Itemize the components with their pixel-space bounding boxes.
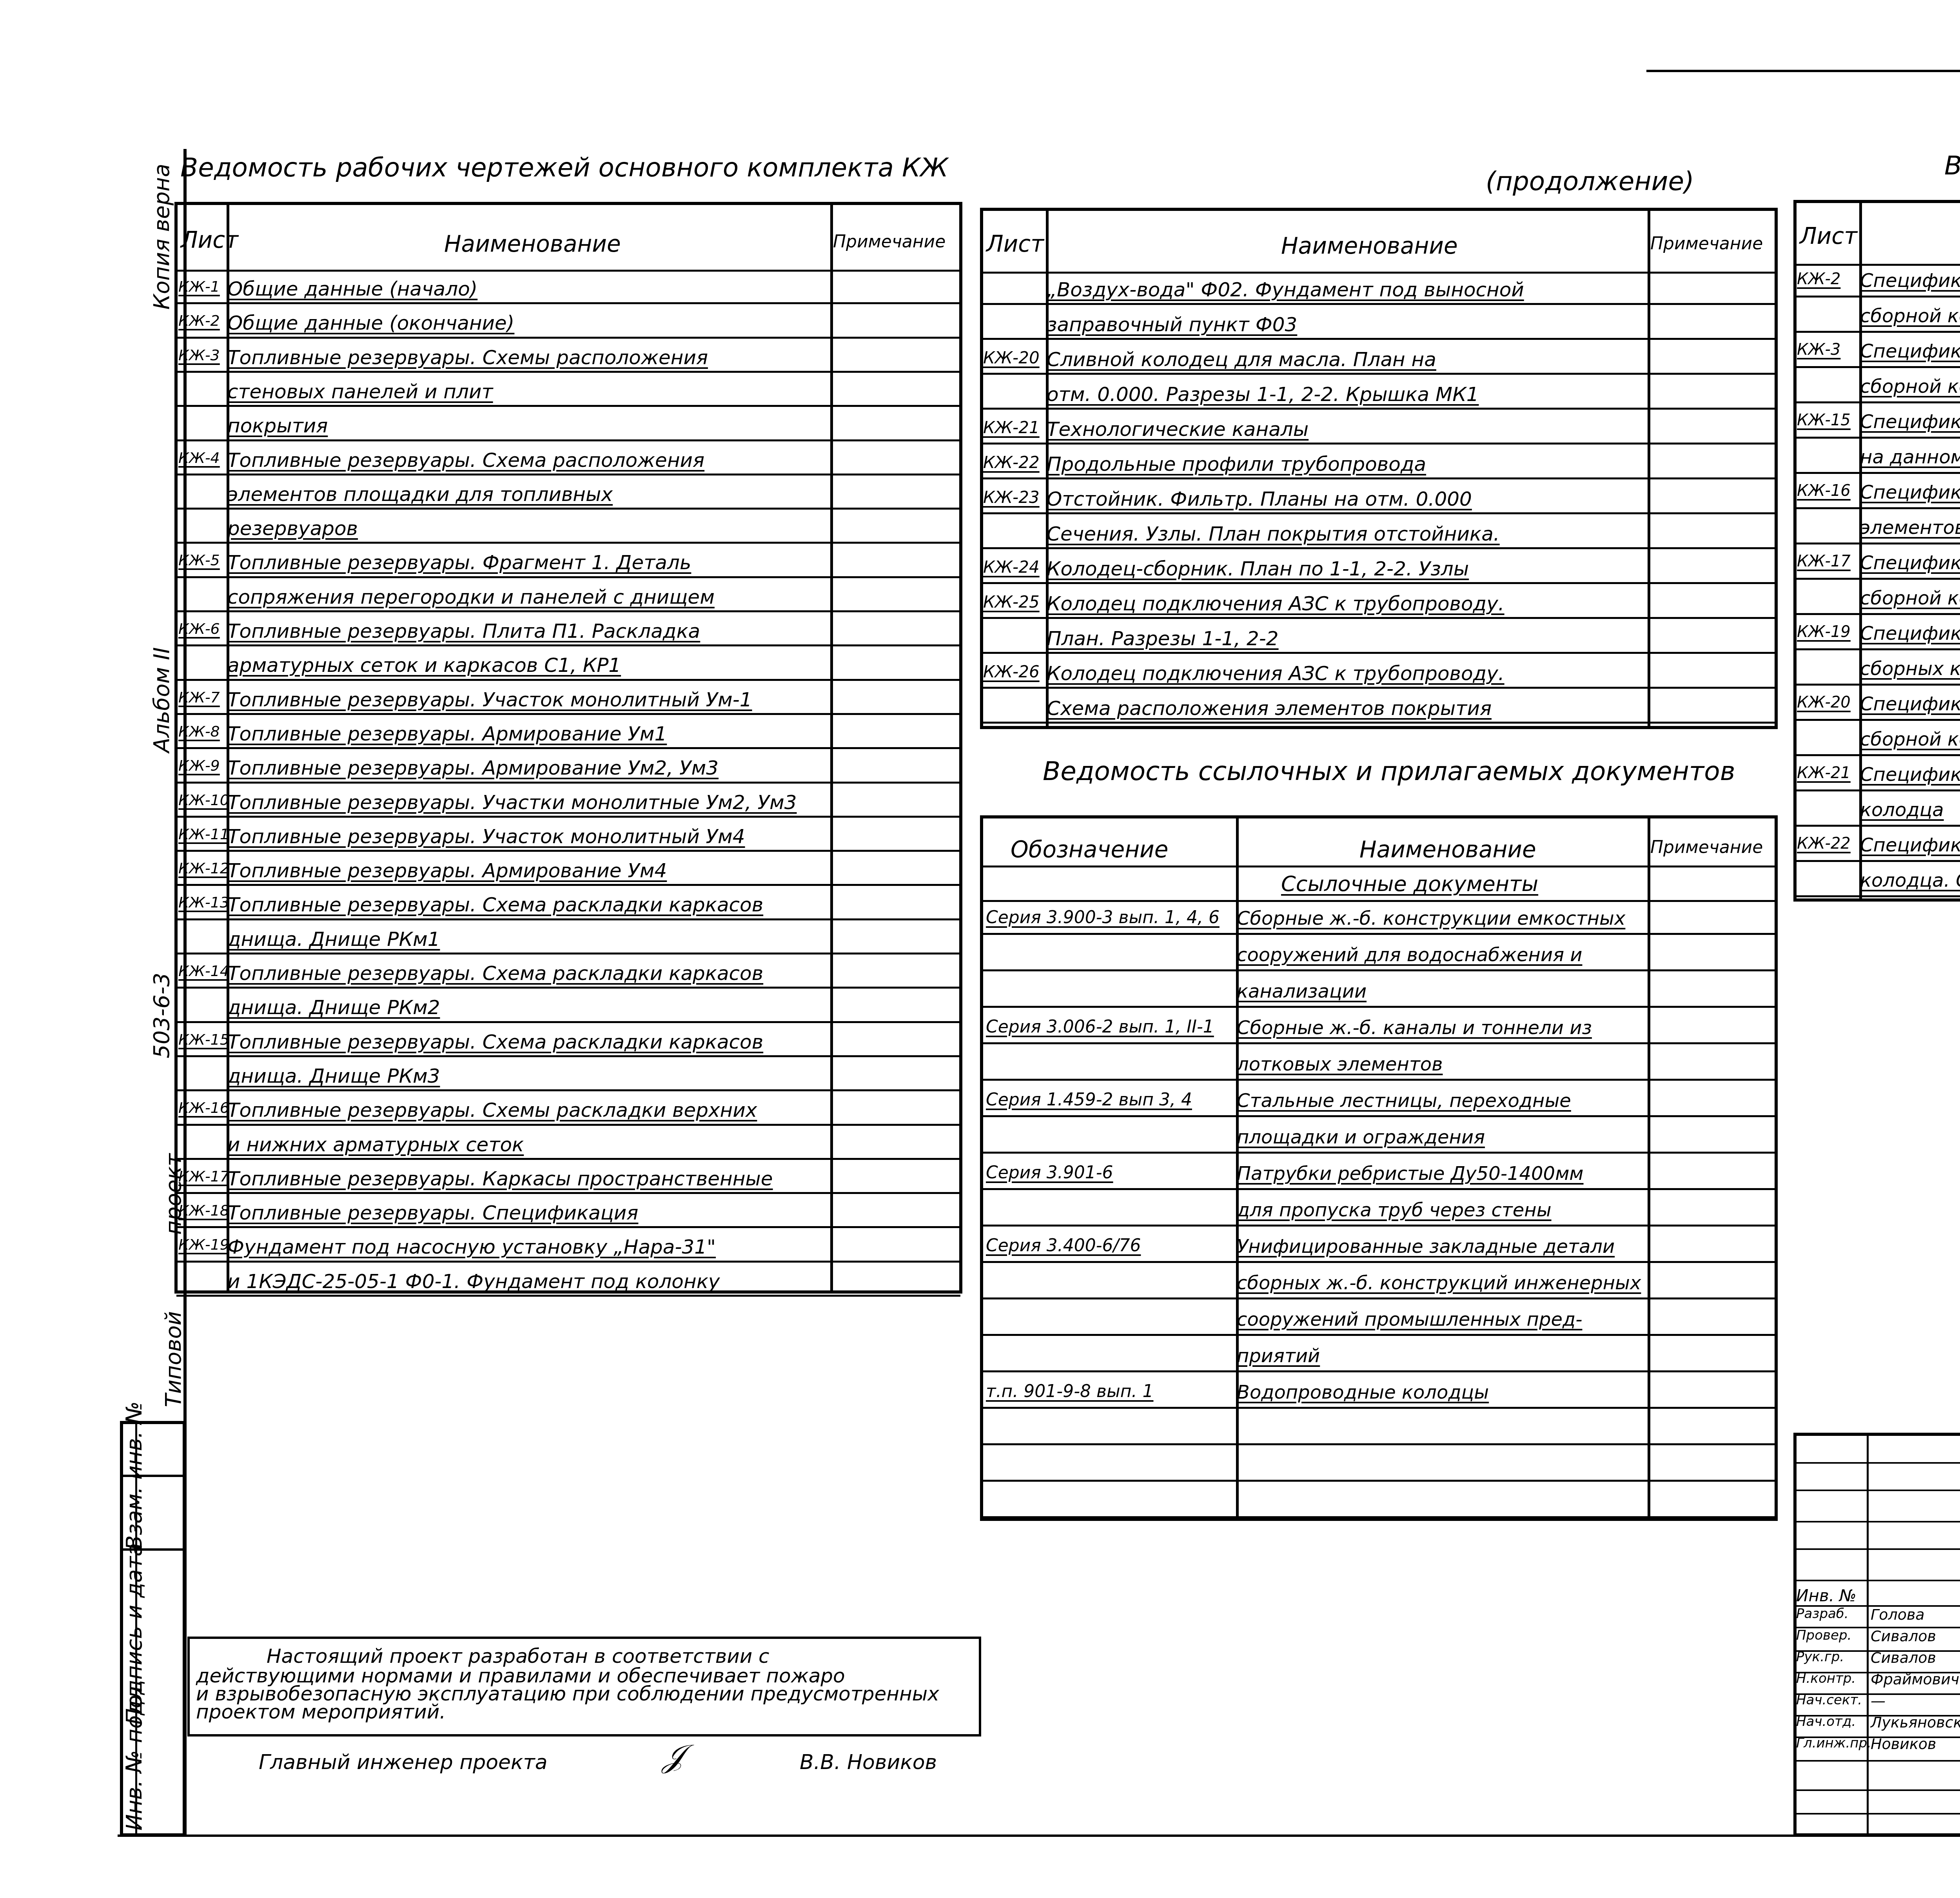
row-line	[176, 1055, 960, 1057]
row-name: колодца. Схемы 1, 2	[1860, 871, 1960, 890]
row-sheet: КЖ-19	[178, 1237, 229, 1252]
row-line	[982, 1407, 1776, 1409]
row-line	[982, 1042, 1776, 1044]
row-name: Сборные ж.-б. каналы и тоннели из	[1237, 1018, 1592, 1037]
tb-row-line	[1793, 1548, 1960, 1550]
header-name: Наименование	[1281, 234, 1458, 257]
row-line	[176, 816, 960, 818]
row-line	[982, 969, 1776, 971]
row-name: сборных ж.-б. конструкций инженерных	[1237, 1274, 1641, 1292]
row-name: Спецификация к схемам элементов располож…	[1860, 412, 1960, 431]
staff-role: Н.контр.	[1796, 1672, 1856, 1685]
row-line	[1795, 754, 1960, 756]
row-name: Топливные резервуары. Участок монолитный…	[227, 827, 745, 846]
row-line	[1795, 578, 1960, 580]
row-line	[176, 987, 960, 989]
row-name: Топливные резервуары. Схема раскладки ка…	[227, 895, 763, 915]
staff-name: Сивалов	[1871, 1650, 1936, 1665]
row-line	[1795, 719, 1960, 721]
row-name: сборной конструкции. Схемы 1, 2, 3	[1860, 589, 1960, 608]
staff-role: Рук.гр.	[1796, 1650, 1844, 1664]
row-name: канализации	[1237, 982, 1367, 1001]
row-name: Спецификация к схемам расположения	[1860, 483, 1960, 502]
row-name: приятий	[1237, 1346, 1320, 1365]
row-name: Общие данные (начало)	[227, 279, 477, 299]
row-line	[1795, 860, 1960, 862]
row-line	[1795, 648, 1960, 650]
row-name: и 1КЭДС-25-05-1 Ф0-1. Фундамент под коло…	[227, 1272, 720, 1291]
row-name: Фундамент под насосную установку „Нара-3…	[227, 1237, 716, 1257]
row-name: сборной конструкции	[1860, 730, 1960, 749]
row-name: резервуаров	[227, 519, 358, 538]
row-line	[176, 1124, 960, 1126]
row-line	[982, 1334, 1776, 1336]
row-name: Технологические каналы	[1047, 419, 1308, 439]
row-sheet: КЖ-12	[178, 861, 229, 876]
signature-mark: 𝒥	[662, 1740, 684, 1772]
row-designation: Серия 3.901-6	[986, 1164, 1113, 1181]
row-sheet: КЖ-23	[983, 489, 1040, 506]
row-name: покрытия	[227, 416, 328, 435]
row-sheet: КЖ-4	[178, 450, 220, 465]
row-line	[176, 610, 960, 612]
top-border-line	[1646, 70, 1960, 72]
row-name: Спецификация к схеме расположения элемен…	[1860, 765, 1960, 784]
row-name: днища. Днище РКм2	[227, 998, 440, 1017]
row-line	[1795, 684, 1960, 686]
row-designation: Серия 3.900-3 вып. 1, 4, 6	[986, 909, 1220, 926]
staff-name: Сивалов	[1871, 1629, 1936, 1644]
row-sheet: КЖ-7	[178, 690, 220, 705]
row-line	[176, 405, 960, 407]
row-sheet: КЖ-15	[178, 1032, 229, 1047]
row-line	[982, 443, 1776, 445]
row-line	[176, 302, 960, 304]
staff-name: Фраймович	[1871, 1672, 1959, 1687]
margin-album: Альбом II	[149, 647, 174, 753]
row-line	[176, 337, 960, 339]
row-line	[176, 713, 960, 715]
header-note: Примечание	[1650, 235, 1763, 252]
row-line	[982, 1225, 1776, 1227]
row-name: для пропуска труб через стены	[1237, 1201, 1552, 1219]
staff-name: Лукьяновский	[1871, 1715, 1960, 1730]
row-sheet: КЖ-3	[1797, 342, 1840, 357]
row-line	[982, 1188, 1776, 1190]
signer-name: В.В. Новиков	[800, 1752, 937, 1773]
margin-stamp-replaces: Взам. инв. №	[122, 1401, 147, 1550]
row-line	[982, 1115, 1776, 1117]
row-name: Топливные резервуары. Плита П1. Раскладк…	[227, 621, 700, 641]
row-name: Сечения. Узлы. План покрытия отстойника.	[1047, 524, 1500, 544]
header-sheet: Лист	[1800, 225, 1857, 247]
row-name: днища. Днище РКм1	[227, 929, 440, 949]
row-line	[1795, 401, 1960, 403]
drawings-list-title: Ведомость рабочих чертежей основного ком…	[180, 155, 948, 181]
row-name: Спецификация к схеме расположения элемен…	[1860, 342, 1960, 361]
row-line	[982, 373, 1776, 375]
tb-row-line	[1793, 1580, 1960, 1581]
row-sheet: КЖ-18	[178, 1203, 229, 1218]
tb-row-line	[1793, 1760, 1960, 1762]
inv-label: Инв. №	[1796, 1588, 1857, 1604]
row-sheet: КЖ-16	[1797, 483, 1851, 499]
row-name: Топливные резервуары. Схемы расположения	[227, 348, 708, 367]
row-line	[982, 303, 1776, 305]
row-sheet: КЖ-15	[1797, 412, 1851, 428]
row-line	[176, 371, 960, 373]
tb-row-line	[1793, 1490, 1960, 1491]
staff-name: Голова	[1871, 1607, 1925, 1622]
row-name: на данном листе	[1860, 448, 1960, 466]
staff-role: Нач.сект.	[1796, 1693, 1862, 1707]
row-name: Колодец-сборник. План по 1-1, 2-2. Узлы	[1047, 559, 1469, 579]
row-name: и нижних арматурных сеток	[227, 1135, 524, 1154]
row-sheet: КЖ-1	[178, 279, 220, 294]
row-name: Топливные резервуары. Участок монолитный…	[227, 690, 752, 709]
row-name: Топливные резервуары. Схема расположения	[227, 450, 704, 470]
row-sheet: КЖ-16	[178, 1100, 229, 1115]
row-name: Топливные резервуары. Армирование Ум2, У…	[227, 758, 719, 778]
tb-row-line	[1793, 1521, 1960, 1522]
row-line	[982, 582, 1776, 584]
row-line	[1795, 366, 1960, 368]
row-line	[176, 542, 960, 544]
row-sheet: КЖ-10	[178, 793, 229, 807]
row-line	[176, 474, 960, 475]
row-name: Спецификация к схемам расположения элеме…	[1860, 695, 1960, 713]
row-line	[982, 687, 1776, 689]
row-line	[982, 1006, 1776, 1008]
margin-stamp-signature: Подпись и дата	[122, 1543, 147, 1725]
row-line	[982, 512, 1776, 514]
tb-row-line	[1793, 1813, 1960, 1815]
staff-role: Провер.	[1796, 1629, 1851, 1642]
row-name: лотковых элементов	[1237, 1055, 1443, 1074]
header-note: Примечание	[833, 233, 946, 250]
row-name: План. Разрезы 1-1, 2-2	[1047, 629, 1279, 648]
staff-role: Гл.инж.пр.	[1796, 1737, 1871, 1750]
row-designation: Серия 3.006-2 вып. 1, II-1	[986, 1018, 1214, 1036]
row-name: Топливные резервуары. Участки монолитные…	[227, 793, 797, 812]
row-sheet: КЖ-2	[178, 313, 220, 328]
row-name: отм. 0.000. Разрезы 1-1, 2-2. Крышка МК1	[1047, 385, 1479, 404]
row-line	[982, 547, 1776, 549]
bottom-border-line	[118, 1834, 1960, 1837]
spec-list-title: Ведомость спецификации	[1944, 153, 1960, 179]
col-divider-note	[1648, 818, 1650, 1518]
row-sheet: КЖ-22	[1797, 836, 1851, 851]
row-name: Общие данные (окончание)	[227, 313, 514, 333]
row-name: Схема расположения элементов покрытия	[1047, 699, 1492, 718]
header-name: Наименование	[444, 232, 621, 255]
row-line	[176, 508, 960, 510]
row-name: Спецификация к схемам расположения элеме…	[1860, 553, 1960, 572]
staff-role: Разраб.	[1796, 1607, 1849, 1620]
row-line	[982, 338, 1776, 340]
row-line	[1795, 789, 1960, 791]
row-sheet: КЖ-25	[983, 594, 1040, 610]
row-name: Спецификация к схемам расположения элеме…	[1860, 624, 1960, 643]
row-sheet: КЖ-24	[983, 559, 1040, 575]
row-name: сопряжения перегородки и панелей с днище…	[227, 587, 715, 607]
row-line	[176, 782, 960, 784]
row-name: Спецификация к схеме расположения элемен…	[1860, 836, 1960, 855]
row-sheet: КЖ-11	[178, 827, 229, 842]
row-sheet: КЖ-6	[178, 621, 220, 636]
margin-typical: Типовой	[161, 1311, 186, 1407]
row-name: Топливные резервуары. Схема раскладки ка…	[227, 964, 763, 983]
row-line	[982, 1261, 1776, 1263]
row-line	[176, 1192, 960, 1194]
row-name: стеновых панелей и плит	[227, 382, 493, 401]
col-divider-note	[1648, 211, 1650, 726]
row-name: „Воздух-вода" Ф02. Фундамент под выносно…	[1047, 280, 1524, 299]
row-line	[1795, 472, 1960, 474]
row-name: сборной конструкции. Схема 3	[1860, 377, 1960, 396]
row-name: сборных конструкций	[1860, 659, 1960, 678]
row-name: Колодец подключения АЗС к трубопроводу.	[1047, 594, 1504, 613]
row-line	[1795, 507, 1960, 509]
row-name: Топливные резервуары. Армирование Ум1	[227, 724, 667, 744]
row-line	[982, 1370, 1776, 1372]
row-line	[1795, 296, 1960, 298]
row-line	[176, 1261, 960, 1263]
row-name: днища. Днище РКм3	[227, 1066, 440, 1086]
row-sheet: КЖ-9	[178, 758, 220, 773]
row-sheet: КЖ-20	[983, 350, 1040, 366]
row-line	[176, 576, 960, 578]
row-sheet: КЖ-13	[178, 895, 229, 910]
note-line-1: Настоящий проект разработан в соответств…	[267, 1646, 769, 1666]
row-sheet: КЖ-22	[983, 454, 1040, 471]
row-line	[982, 1079, 1776, 1081]
header-note: Примечание	[1650, 839, 1763, 856]
row-name: Сборные ж.-б. конструкции емкостных	[1237, 909, 1625, 928]
row-line	[982, 722, 1776, 724]
row-sheet: КЖ-21	[1797, 765, 1851, 781]
row-name: Сливной колодец для масла. План на	[1047, 350, 1436, 369]
row-name: колодца	[1860, 800, 1944, 819]
row-name: Топливные резервуары. Схема раскладки ка…	[227, 1032, 763, 1052]
staff-role: Нач.отд.	[1796, 1715, 1856, 1728]
row-line	[176, 439, 960, 441]
row-name: Топливные резервуары. Фрагмент 1. Деталь	[227, 553, 691, 572]
tb-row-line	[1793, 1462, 1960, 1464]
row-name: Топливные резервуары. Каркасы пространст…	[227, 1169, 773, 1189]
tb-col-1	[1867, 1433, 1869, 1836]
row-name: Патрубки ребристые Ду50-1400мм	[1237, 1164, 1584, 1183]
row-line	[1795, 331, 1960, 333]
row-line	[982, 1516, 1776, 1518]
continuation-label: (продолжение)	[1486, 169, 1694, 194]
row-line	[176, 1295, 960, 1297]
staff-name: —	[1871, 1693, 1886, 1708]
note-line-4: проектом мероприятий.	[196, 1702, 446, 1722]
header-sheet: Лист	[181, 229, 238, 251]
row-line	[176, 747, 960, 749]
section-label: Ссылочные документы	[1281, 873, 1538, 895]
row-name: Продольные профили трубопровода	[1047, 454, 1426, 474]
row-name: Колодец подключения АЗС к трубопроводу.	[1047, 664, 1504, 683]
row-designation: Серия 1.459-2 вып 3, 4	[986, 1091, 1192, 1109]
row-sheet: КЖ-17	[178, 1169, 229, 1184]
row-name: Спецификация к схемам расположения элеме…	[1860, 271, 1960, 290]
row-designation: т.п. 901-9-8 вып. 1	[986, 1383, 1153, 1400]
row-sheet: КЖ-2	[1797, 271, 1840, 287]
row-line	[176, 918, 960, 920]
row-name: Топливные резервуары. Схемы раскладки ве…	[227, 1100, 757, 1120]
row-line	[1795, 613, 1960, 615]
row-name: сооружений промышленных пред-	[1237, 1310, 1582, 1329]
row-name: элементов сливного колодца	[1860, 518, 1960, 537]
row-line	[982, 652, 1776, 654]
row-line	[176, 1226, 960, 1228]
tb-row-line	[1793, 1789, 1960, 1791]
row-line	[176, 644, 960, 646]
row-sheet: КЖ-21	[983, 419, 1040, 436]
row-name: Отстойник. Фильтр. Планы на отм. 0.000	[1047, 489, 1472, 509]
staff-name: Новиков	[1871, 1737, 1936, 1751]
row-line	[176, 1021, 960, 1023]
row-sheet: КЖ-17	[1797, 553, 1851, 569]
header-designation: Обозначение	[1011, 838, 1168, 861]
row-designation: Серия 3.400-6/76	[986, 1237, 1141, 1254]
row-line	[982, 617, 1776, 619]
row-line	[982, 1152, 1776, 1154]
row-line	[1795, 825, 1960, 827]
row-name: элементов площадки для топливных	[227, 484, 613, 504]
row-line	[1795, 543, 1960, 544]
row-line	[982, 1443, 1776, 1445]
row-name: сборной конструкции. Схемы 1, 2	[1860, 307, 1960, 325]
row-line	[176, 679, 960, 681]
row-line	[1795, 437, 1960, 439]
signer-role: Главный инженер проекта	[259, 1752, 548, 1773]
row-line	[176, 953, 960, 954]
margin-code: 503-6-3	[149, 973, 174, 1058]
row-line	[982, 933, 1776, 935]
row-sheet: КЖ-5	[178, 553, 220, 568]
row-line	[176, 1089, 960, 1091]
row-name: арматурных сеток и каркасов С1, КР1	[227, 655, 621, 675]
row-line	[982, 477, 1776, 479]
row-line	[1795, 895, 1960, 897]
row-name: Водопроводные колодцы	[1237, 1383, 1489, 1402]
row-line	[176, 884, 960, 886]
row-sheet: КЖ-26	[983, 664, 1040, 680]
row-name: Стальные лестницы, переходные	[1237, 1091, 1571, 1110]
row-line	[176, 850, 960, 852]
row-name: сооружений для водоснабжения и	[1237, 945, 1582, 964]
reference-docs-title: Ведомость ссылочных и прилагаемых докуме…	[1043, 758, 1735, 784]
row-line	[982, 1480, 1776, 1482]
margin-copy-correct: Копия верна	[149, 164, 174, 310]
row-sheet: КЖ-19	[1797, 624, 1851, 640]
row-line	[982, 1297, 1776, 1299]
row-sheet: КЖ-14	[178, 964, 229, 978]
row-sheet: КЖ-20	[1797, 695, 1851, 710]
row-name: Унифицированные закладные детали	[1237, 1237, 1615, 1256]
row-name: Топливные резервуары. Армирование Ум4	[227, 861, 667, 880]
row-sheet: КЖ-3	[178, 348, 220, 363]
row-name: заправочный пункт Ф03	[1047, 315, 1297, 334]
row-name: площадки и ограждения	[1237, 1128, 1485, 1147]
row-line	[982, 408, 1776, 410]
row-sheet: КЖ-8	[178, 724, 220, 739]
row-name: Топливные резервуары. Спецификация	[227, 1203, 638, 1223]
header-sheet: Лист	[986, 232, 1044, 255]
header-name: Наименование	[1359, 838, 1536, 861]
row-line	[176, 1158, 960, 1160]
